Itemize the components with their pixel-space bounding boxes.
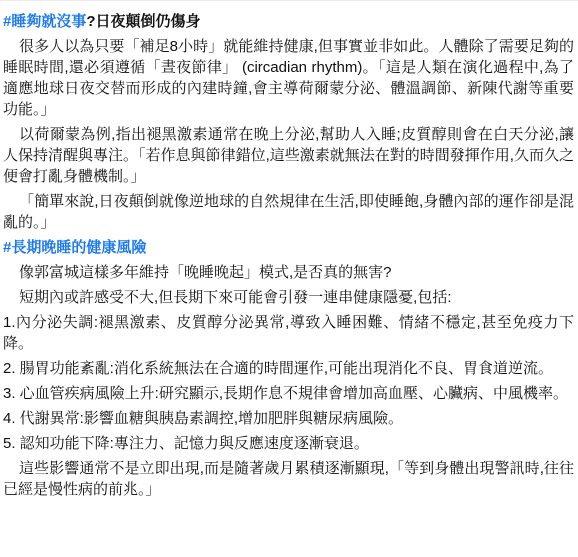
paragraph-closing: 這些影響通常不是立即出現,而是隨著歲月累積逐漸顯現,「等到身體出現警訊時,往往已… [3, 458, 574, 500]
risk-item-endocrine: 1.內分泌失調:褪黑激素、皮質醇分泌異常,導致入睡困難、情緒不穩定,甚至免疫力下… [3, 312, 574, 354]
paragraph-summary-quote: 「簡單來說,日夜顛倒就像逆地球的自然規律在生活,即使睡飽,身體內部的運作卻是混亂… [3, 191, 574, 233]
risk-item-metabolic: 4. 代謝異常:影響血糖與胰島素調控,增加肥胖與糖尿病風險。 [3, 408, 574, 429]
risk-item-cognitive: 5. 認知功能下降:專注力、記憶力與反應速度逐漸衰退。 [3, 433, 574, 454]
paragraph-guo-fucheng: 像郭富城這樣多年維持「晚睡晚起」模式,是否真的無害? [3, 262, 574, 283]
paragraph-hormones: 以荷爾蒙為例,指出褪黑激素通常在晚上分泌,幫助人入睡;皮質醇則會在白天分泌,讓人… [3, 124, 574, 187]
heading-sleep-enough: #睡夠就沒事?日夜顛倒仍傷身 [3, 11, 574, 32]
heading-sleep-enough-rest: ?日夜顛倒仍傷身 [86, 13, 200, 30]
article-body: #睡夠就沒事?日夜顛倒仍傷身 很多人以為只要「補足8小時」就能維持健康,但事實並… [0, 1, 578, 500]
hashtag-link-late-sleep-risks[interactable]: #長期晚睡的健康風險 [3, 239, 146, 256]
paragraph-short-term: 短期內或許感受不大,但長期下來可能會引發一連串健康隱憂,包括: [3, 287, 574, 308]
heading-late-sleep-risks: #長期晚睡的健康風險 [3, 237, 574, 258]
risk-item-cardiovascular: 3. 心血管疾病風險上升:研究顯示,長期作息不規律會增加高血壓、心臟病、中風機率… [3, 383, 574, 404]
risk-item-digestive: 2. 腸胃功能紊亂:消化系統無法在合適的時間運作,可能出現消化不良、胃食道逆流。 [3, 358, 574, 379]
hashtag-link-sleep-enough[interactable]: #睡夠就沒事 [3, 13, 86, 30]
paragraph-intro-circadian: 很多人以為只要「補足8小時」就能維持健康,但事實並非如此。人體除了需要足夠的睡眠… [3, 36, 574, 120]
